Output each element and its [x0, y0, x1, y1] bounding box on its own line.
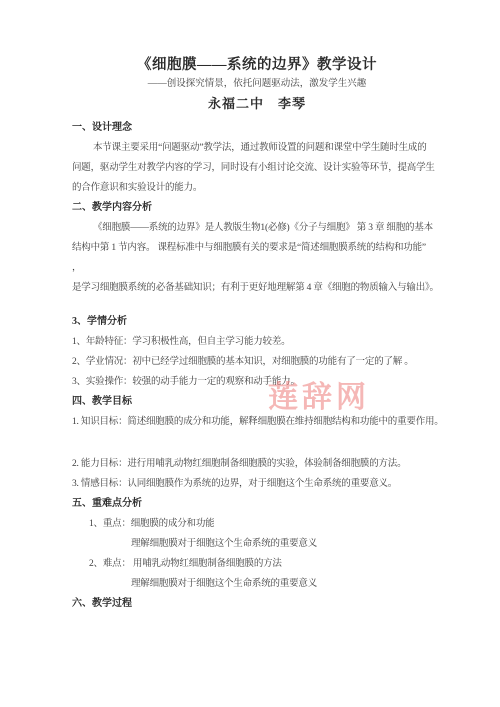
- section-heading: 一、设计理念: [72, 118, 442, 138]
- section-heading: 五、重难点分析: [72, 494, 442, 514]
- text-line: 结构中第 1 节内容。 课程标准中与细胞膜有关的要求是“简述细胞膜系统的结构和功…: [72, 238, 442, 258]
- text-line: 2. 能力目标：进行用哺乳动物红细胞制备细胞膜的实验，体验制备细胞膜的方法。: [72, 454, 442, 474]
- section-heading: 二、教学内容分析: [72, 198, 442, 218]
- text-line: 3、实验操作：较强的动手能力一定的观察和动手能力。: [72, 372, 442, 392]
- text-line: 1. 知识目标：简述细胞膜的成分和功能，解释细胞膜在维持细胞结构和功能中的重要作…: [72, 412, 442, 432]
- text-line: 2、学业情况：初中已经学过细胞膜的基本知识，对细胞膜的功能有了一定的了解 。: [72, 352, 442, 372]
- section-heading: 3、学情分析: [72, 312, 442, 332]
- document-body: 《细胞膜——系统的边界》教学设计 ——创设探究情景，依托问题驱动法，激发学生兴趣…: [0, 0, 500, 707]
- section-heading: 六、教学过程: [72, 594, 442, 614]
- text-line: 理解细胞膜对于细胞这个生命系统的重要意义: [72, 534, 442, 554]
- text-line: 1、年龄特征：学习积极性高，但自主学习能力较差。: [72, 332, 442, 352]
- text-line: 是学习细胞膜系统的必备基础知识；有利于更好地理解第 4 章《细胞的物质输入与输出…: [72, 278, 442, 298]
- document-subtitle: ——创设探究情景，依托问题驱动法，激发学生兴趣: [72, 74, 442, 94]
- text-line: 的合作意识和实验设计的能力。: [72, 178, 442, 198]
- document-title: 《细胞膜——系统的边界》教学设计: [72, 56, 442, 74]
- author-line: 永福二中 李琴: [72, 94, 442, 114]
- text-line: 理解细胞膜对于细胞这个生命系统的重要意义: [72, 574, 442, 594]
- document-page: 莲辞网 《细胞膜——系统的边界》教学设计 ——创设探究情景，依托问题驱动法，激发…: [0, 0, 500, 707]
- text-line: ，: [72, 258, 442, 278]
- text-line: 问题，驱动学生对教学内容的学习，同时设有小组讨论交流、设计实验等环节，提高学生: [72, 158, 442, 178]
- text-line: 《细胞膜——系统的边界》是人教版生物1(必修)《分子与细胞》 第 3 章 细胞的…: [72, 218, 442, 238]
- sections-container: 一、设计理念本节课主要采用“问题驱动”教学法，通过教师设置的问题和课堂中学生随时…: [72, 118, 442, 614]
- text-line: 2、难点： 用哺乳动物红细胞制备细胞膜的方法: [72, 554, 442, 574]
- text-line: 本节课主要采用“问题驱动”教学法，通过教师设置的问题和课堂中学生随时生成的: [72, 138, 442, 158]
- text-line: 3. 情感目标：认同细胞膜作为系统的边界，对于细胞这个生命系统的重要意义。: [72, 474, 442, 494]
- section-heading: 四、教学目标: [72, 392, 442, 412]
- text-line: 1、重点：细胞膜的成分和功能: [72, 514, 442, 534]
